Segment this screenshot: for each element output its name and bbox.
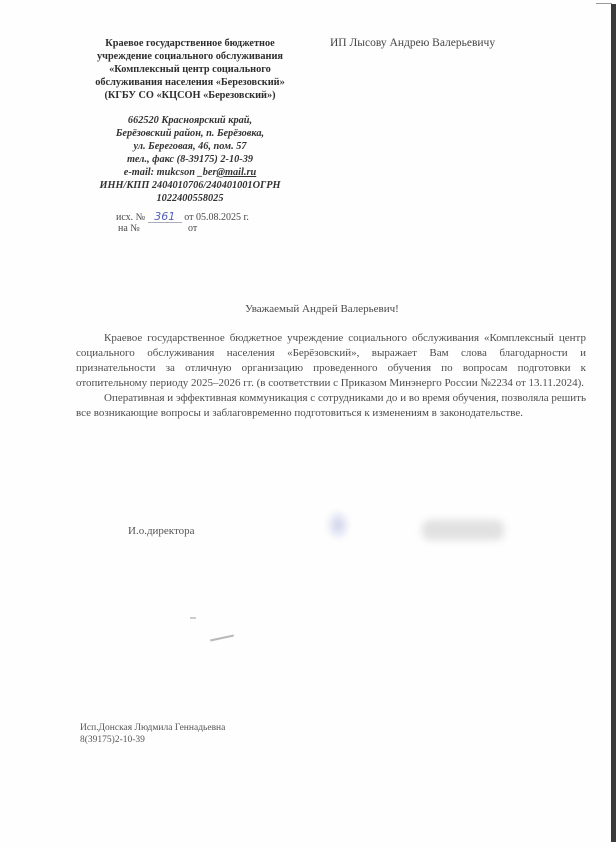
org-line: Краевое государственное бюджетное: [70, 37, 310, 50]
executor-info: Исп.Донская Людмила Геннадьевна 8(39175)…: [80, 722, 225, 746]
reference-block: исх. № 361 от 05.08.2025 г. на №от: [116, 211, 249, 235]
sender-address: 662520 Красноярский край, Берёзовский ра…: [70, 114, 310, 205]
org-line: «Комплексный центр социального: [70, 63, 310, 76]
incoming-label: на №: [116, 223, 188, 235]
email-link[interactable]: @mail.ru: [216, 167, 256, 178]
sender-organization: Краевое государственное бюджетное учрежд…: [70, 37, 310, 102]
letter-body: Краевое государственное бюджетное учрежд…: [76, 331, 586, 421]
outgoing-ref-row: исх. № 361 от 05.08.2025 г.: [116, 211, 249, 223]
org-line: обслуживания населения «Березовский»: [70, 76, 310, 89]
address-line: Берёзовский район, п. Берёзовка,: [70, 127, 310, 140]
paragraph: Краевое государственное бюджетное учрежд…: [76, 331, 586, 391]
org-line: (КГБУ СО «КЦСОН «Березовский»): [70, 89, 310, 102]
executor-phone: 8(39175)2-10-39: [80, 734, 225, 746]
address-line: 662520 Красноярский край,: [70, 114, 310, 127]
scan-artifact: [190, 617, 196, 619]
outgoing-number-handwritten: 361: [148, 211, 182, 223]
scan-edge-top: [596, 3, 612, 4]
date-value: 05.08.2025 г.: [196, 212, 249, 223]
pen-mark: [210, 635, 234, 642]
paragraph: Оперативная и эффективная коммуникация с…: [76, 391, 586, 421]
email-prefix: e-mail: mukcson _ber: [124, 167, 217, 178]
address-line: ул. Береговая, 46, пом. 57: [70, 140, 310, 153]
signatory-role: И.о.директора: [128, 525, 195, 537]
redacted-signatory-name: [422, 520, 504, 540]
ogrn-line: 1022400558025: [70, 192, 310, 205]
recipient-name: ИП Лысову Андрею Валерьевичу: [330, 37, 495, 49]
date-label: от: [184, 212, 193, 223]
executor-name: Исп.Донская Людмила Геннадьевна: [80, 722, 225, 734]
scan-edge-strip: [611, 4, 616, 842]
outgoing-label: исх. №: [116, 212, 145, 223]
org-line: учреждение социального обслуживания: [70, 50, 310, 63]
email-line: e-mail: mukcson _ber@mail.ru: [70, 166, 310, 179]
redacted-signature: [326, 510, 350, 540]
phone-line: тел., факс (8-39175) 2-10-39: [70, 153, 310, 166]
inn-line: ИНН/КПП 2404010706/240401001ОГРН: [70, 179, 310, 192]
incoming-ref-row: на №от: [116, 223, 249, 235]
letter-greeting: Уважаемый Андрей Валерьевич!: [0, 303, 616, 315]
incoming-date-label: от: [188, 223, 197, 234]
